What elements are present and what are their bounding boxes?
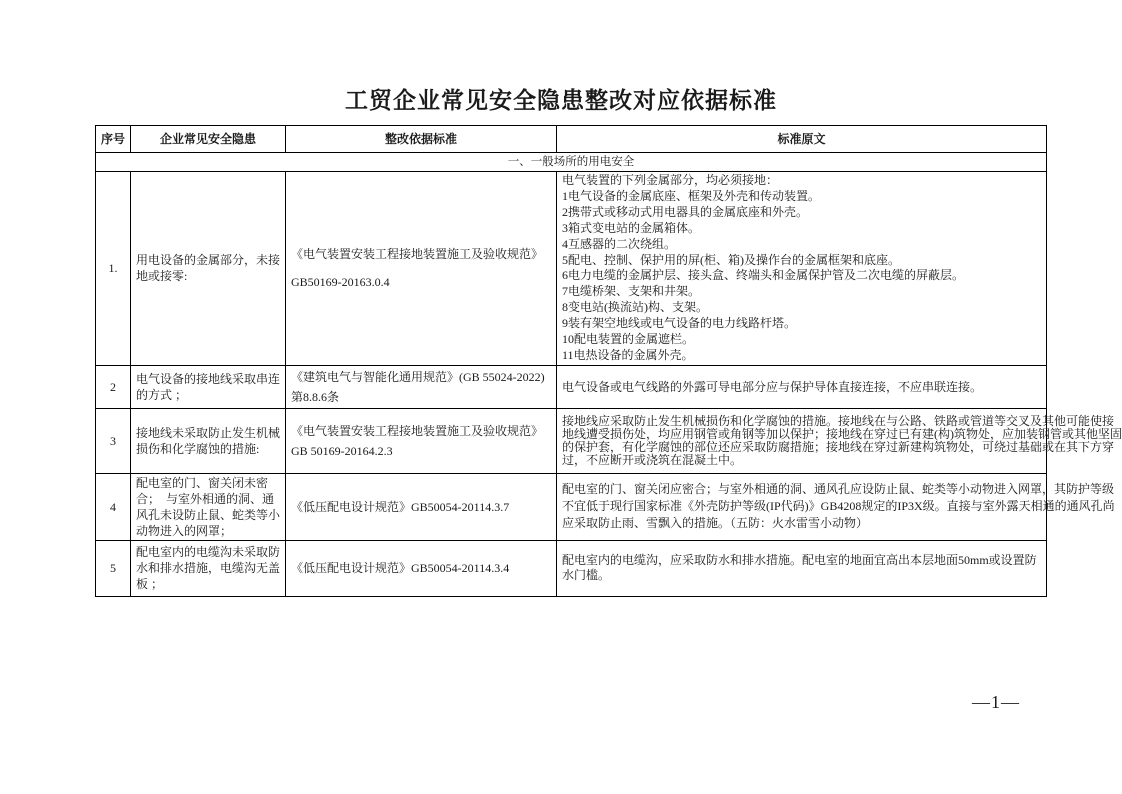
standards-table: 序号 企业常见安全隐患 整改依据标准 标准原文 一、一般场所的用电安全 1. 用…: [95, 125, 1047, 597]
cell-row-number: 2: [96, 365, 131, 408]
table-row: 5 配电室内的电缆沟未采取防水和排水措施，电缆沟无盖板 ； 《低压配电设计规范》…: [96, 540, 1047, 596]
cell-standard: 《电气装置安装工程接地装置施工及验收规范》 GB 50169-20164.2.3: [286, 408, 557, 473]
cell-hazard: 配电室内的电缆沟未采取防水和排水措施，电缆沟无盖板 ；: [131, 540, 286, 596]
cell-original-text: 配电室内的电缆沟，应采取防水和排水措施。配电室的地面宜高出本层地面50mm或设置…: [557, 540, 1047, 596]
original-text: 配电室内的电缆沟，应采取防水和排水措施。配电室的地面宜高出本层地面50mm或设置…: [562, 553, 1041, 583]
original-text: 电气设备或电气线路的外露可导电部分应与保护导体直接连接，不应串联连接。: [562, 379, 1041, 395]
cell-standard: 《低压配电设计规范》GB50054-20114.3.4: [286, 540, 557, 596]
cell-original-text: 电气设备或电气线路的外露可导电部分应与保护导体直接连接，不应串联连接。: [557, 365, 1047, 408]
cell-row-number: 3: [96, 408, 131, 473]
cell-original-text: 配电室的门、窗关闭应密合；与室外相通的洞、通风孔应设防止鼠、蛇类等小动物进入网罩…: [557, 473, 1047, 540]
cell-hazard: 接地线未采取防止发生机械损伤和化学腐蚀的措施:: [131, 408, 286, 473]
document-title: 工贸企业常见安全隐患整改对应依据标准: [0, 82, 1122, 115]
page-number: —1—: [972, 692, 1020, 713]
section-title: 一、一般场所的用电安全: [96, 153, 1047, 172]
cell-hazard: 配电室的门、窗关闭未密合； 与室外相通的洞、通风孔未设防止鼠、蛇类等小动物进入的…: [131, 473, 286, 540]
table-row: 2 电气设备的接地线采取串连的方式 ； 《建筑电气与智能化通用规范》(GB 55…: [96, 365, 1047, 408]
cell-row-number: 4: [96, 473, 131, 540]
cell-original-text: 接地线应采取防止发生机械损伤和化学腐蚀的措施。接地线在与公路、铁路或管道等交叉及…: [557, 408, 1047, 473]
col-header-original: 标准原文: [557, 126, 1047, 153]
cell-row-number: 5: [96, 540, 131, 596]
table-row: 3 接地线未采取防止发生机械损伤和化学腐蚀的措施: 《电气装置安装工程接地装置施…: [96, 408, 1047, 473]
cell-standard: 《电气装置安装工程接地装置施工及验收规范》GB50169-20163.0.4: [286, 172, 557, 366]
cell-hazard: 用电设备的金属部分，未接地或接零:: [131, 172, 286, 366]
table-row: 4 配电室的门、窗关闭未密合； 与室外相通的洞、通风孔未设防止鼠、蛇类等小动物进…: [96, 473, 1047, 540]
col-header-standard: 整改依据标准: [286, 126, 557, 153]
original-text: 电气装置的下列金属部分，均必须接地： 1电气设备的金属底座、框架及外壳和传动装置…: [562, 173, 1041, 364]
cell-hazard: 电气设备的接地线采取串连的方式 ；: [131, 365, 286, 408]
cell-original-text: 电气装置的下列金属部分，均必须接地： 1电气设备的金属底座、框架及外壳和传动装置…: [557, 172, 1047, 366]
section-row: 一、一般场所的用电安全: [96, 153, 1047, 172]
col-header-no: 序号: [96, 126, 131, 153]
original-text: 配电室的门、窗关闭应密合；与室外相通的洞、通风孔应设防止鼠、蛇类等小动物进入网罩…: [562, 481, 1122, 532]
cell-standard: 《低压配电设计规范》GB50054-20114.3.7: [286, 473, 557, 540]
original-text: 接地线应采取防止发生机械损伤和化学腐蚀的措施。接地线在与公路、铁路或管道等交叉及…: [562, 415, 1122, 467]
col-header-hazard: 企业常见安全隐患: [131, 126, 286, 153]
table-row: 1. 用电设备的金属部分，未接地或接零: 《电气装置安装工程接地装置施工及验收规…: [96, 172, 1047, 366]
cell-standard: 《建筑电气与智能化通用规范》(GB 55024-2022)第8.8.6条: [286, 365, 557, 408]
table-header-row: 序号 企业常见安全隐患 整改依据标准 标准原文: [96, 126, 1047, 153]
cell-row-number: 1.: [96, 172, 131, 366]
